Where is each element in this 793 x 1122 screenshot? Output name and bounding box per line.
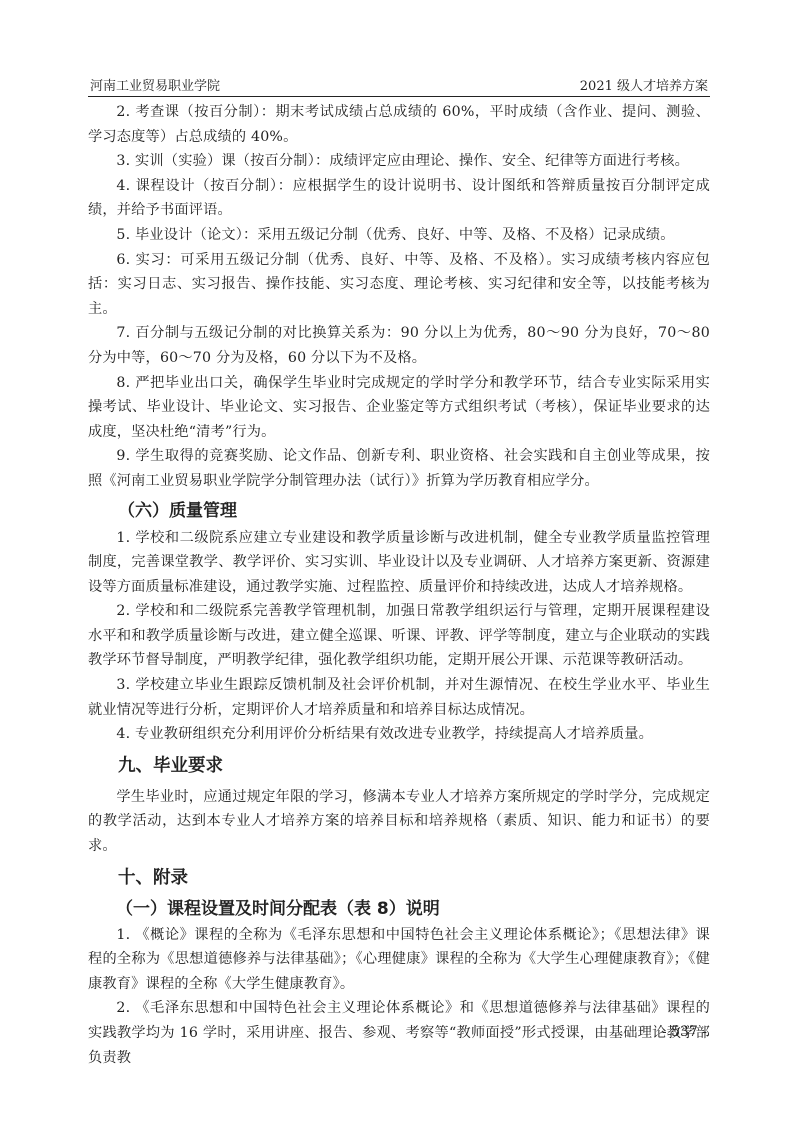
page-header: 河南工业贸易职业学院 2021 级人才培养方案	[88, 72, 710, 97]
assessment-item-6: 6. 实习：可采用五级记分制（优秀、良好、中等、及格、不及格）。实习成绩考核内容…	[88, 248, 710, 322]
section-heading-graduation: 九、毕业要求	[88, 753, 710, 779]
header-institution: 河南工业贸易职业学院	[90, 75, 220, 94]
quality-item-4: 4. 专业教研组织充分利用评价分析结果有效改进专业教学，持续提高人才培养质量。	[88, 722, 710, 747]
assessment-item-8: 8. 严把毕业出口关，确保学生毕业时完成规定的学时学分和教学环节，结合专业实际采…	[88, 371, 710, 445]
page-number: - 537 -	[662, 1024, 707, 1040]
page-content: 2. 考查课（按百分制）：期末考试成绩占总成绩的 60%，平时成绩（含作业、提问…	[88, 100, 710, 1070]
section-heading-quality: （六）质量管理	[88, 498, 710, 524]
quality-item-1: 1. 学校和二级院系应建立专业建设和教学质量诊断与改进机制，健全专业教学质量监控…	[88, 526, 710, 600]
assessment-item-4: 4. 课程设计（按百分制）：应根据学生的设计说明书、设计图纸和答辩质量按百分制评…	[88, 174, 710, 223]
section-heading-appendix: 十、附录	[88, 865, 710, 891]
graduation-text: 学生毕业时，应通过规定年限的学习，修满本专业人才培养方案所规定的学时学分，完成规…	[88, 785, 710, 859]
assessment-item-5: 5. 毕业设计（论文）：采用五级记分制（优秀、良好、中等、及格、不及格）记录成绩…	[88, 223, 710, 248]
appendix-item-2: 2. 《毛泽东思想和中国特色社会主义理论体系概论》和《思想道德修养与法律基础》课…	[88, 996, 710, 1070]
quality-item-2: 2. 学校和和二级院系完善教学管理机制，加强日常教学组织运行与管理，定期开展课程…	[88, 599, 710, 673]
subsection-heading-course-table: （一）课程设置及时间分配表（表 8）说明	[88, 897, 710, 921]
header-document-title: 2021 级人才培养方案	[580, 75, 708, 94]
assessment-item-7: 7. 百分制与五级记分制的对比换算关系为：90 分以上为优秀，80～90 分为良…	[88, 321, 710, 370]
assessment-item-9: 9. 学生取得的竞赛奖励、论文作品、创新专利、职业资格、社会实践和自主创业等成果…	[88, 444, 710, 493]
quality-item-3: 3. 学校建立毕业生跟踪反馈机制及社会评价机制，并对生源情况、在校生学业水平、毕…	[88, 673, 710, 722]
appendix-item-1: 1. 《概论》课程的全称为《毛泽东思想和中国特色社会主义理论体系概论》；《思想法…	[88, 923, 710, 997]
assessment-item-2: 2. 考查课（按百分制）：期末考试成绩占总成绩的 60%，平时成绩（含作业、提问…	[88, 100, 710, 149]
assessment-item-3: 3. 实训（实验）课（按百分制）：成绩评定应由理论、操作、安全、纪律等方面进行考…	[88, 149, 710, 174]
